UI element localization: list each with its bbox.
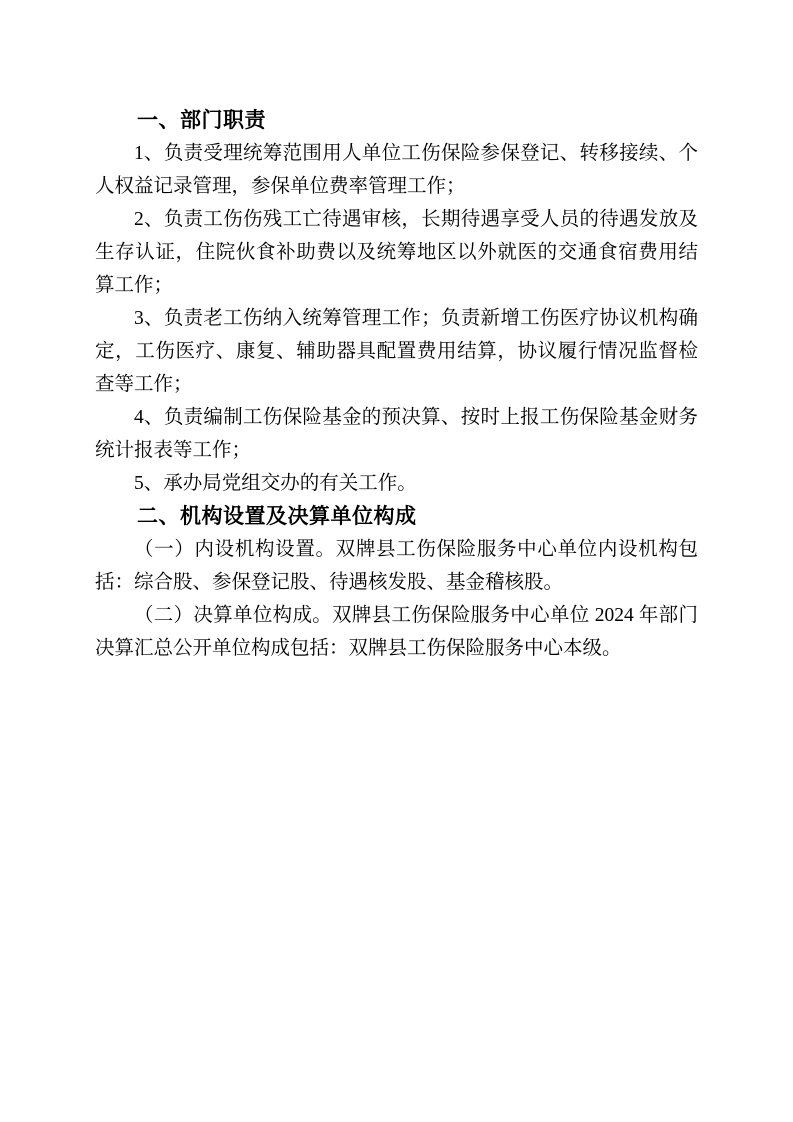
section-heading-structure: 二、机构设置及决算单位构成 [95, 500, 698, 533]
paragraph-duty-3: 3、负责老工伤纳入统筹管理工作；负责新增工伤医疗协议机构确定，工伤医疗、康复、辅… [95, 302, 698, 401]
paragraph-structure-2: （二）决算单位构成。双牌县工伤保险服务中心单位 2024 年部门决算汇总公开单位… [95, 599, 698, 665]
paragraph-duty-2: 2、负责工伤伤残工亡待遇审核，长期待遇享受人员的待遇发放及生存认证，住院伙食补助… [95, 203, 698, 302]
paragraph-duty-4: 4、负责编制工伤保险基金的预决算、按时上报工伤保险基金财务统计报表等工作； [95, 401, 698, 467]
document-page: 一、部门职责 1、负责受理统筹范围用人单位工伤保险参保登记、转移接续、个人权益记… [0, 0, 793, 1122]
paragraph-structure-1: （一）内设机构设置。双牌县工伤保险服务中心单位内设机构包括：综合股、参保登记股、… [95, 533, 698, 599]
paragraph-duty-1: 1、负责受理统筹范围用人单位工伤保险参保登记、转移接续、个人权益记录管理，参保单… [95, 137, 698, 203]
document-content: 一、部门职责 1、负责受理统筹范围用人单位工伤保险参保登记、转移接续、个人权益记… [95, 104, 698, 665]
paragraph-duty-5: 5、承办局党组交办的有关工作。 [95, 467, 698, 500]
section-heading-duties: 一、部门职责 [95, 104, 698, 137]
